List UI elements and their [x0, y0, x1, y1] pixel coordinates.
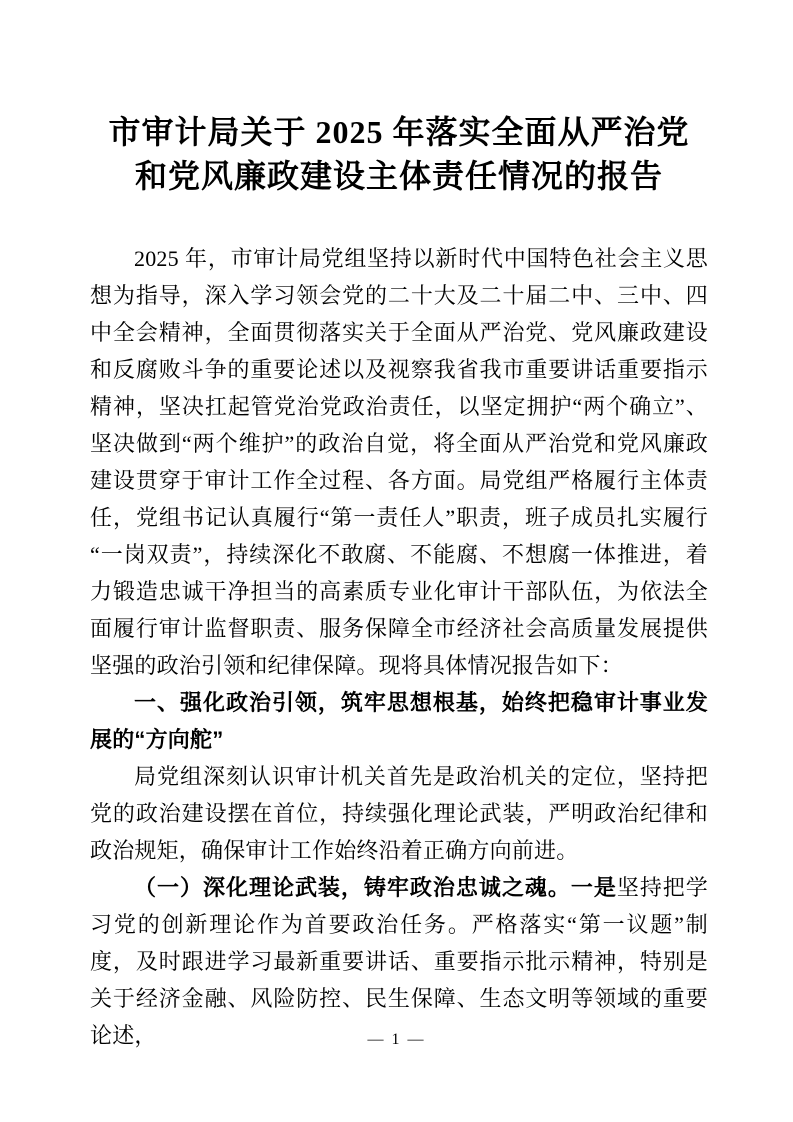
intro-paragraph: 2025 年，市审计局党组坚持以新时代中国特色社会主义思想为指导，深入学习领会党… — [90, 240, 708, 684]
subsection-1-text: 坚持把学习党的创新理论作为首要政治任务。严格落实“第一议题”制度，及时跟进学习最… — [90, 875, 708, 1048]
document-content: 市审计局关于 2025 年落实全面从严治党 和党风廉政建设主体责任情况的报告 2… — [90, 0, 708, 1054]
section-1-heading: 一、强化政治引领，筑牢思想根基，始终把稳审计事业发展的“方向舵” — [90, 684, 708, 758]
subsection-1-bold-lead: （一）深化理论武装，铸牢政治忠诚之魂。一是 — [134, 875, 617, 900]
document-page: 市审计局关于 2025 年落实全面从严治党 和党风廉政建设主体责任情况的报告 2… — [0, 0, 793, 1122]
document-title-line-1: 市审计局关于 2025 年落实全面从严治党 — [90, 110, 708, 154]
document-title-line-2: 和党风廉政建设主体责任情况的报告 — [90, 154, 708, 198]
section-1-paragraph: 局党组深刻认识审计机关首先是政治机关的定位，坚持把党的政治建设摆在首位，持续强化… — [90, 758, 708, 869]
document-title: 市审计局关于 2025 年落实全面从严治党 和党风廉政建设主体责任情况的报告 — [90, 110, 708, 198]
page-number: — 1 — — [0, 1030, 793, 1050]
subsection-1-paragraph: （一）深化理论武装，铸牢政治忠诚之魂。一是坚持把学习党的创新理论作为首要政治任务… — [90, 869, 708, 1054]
